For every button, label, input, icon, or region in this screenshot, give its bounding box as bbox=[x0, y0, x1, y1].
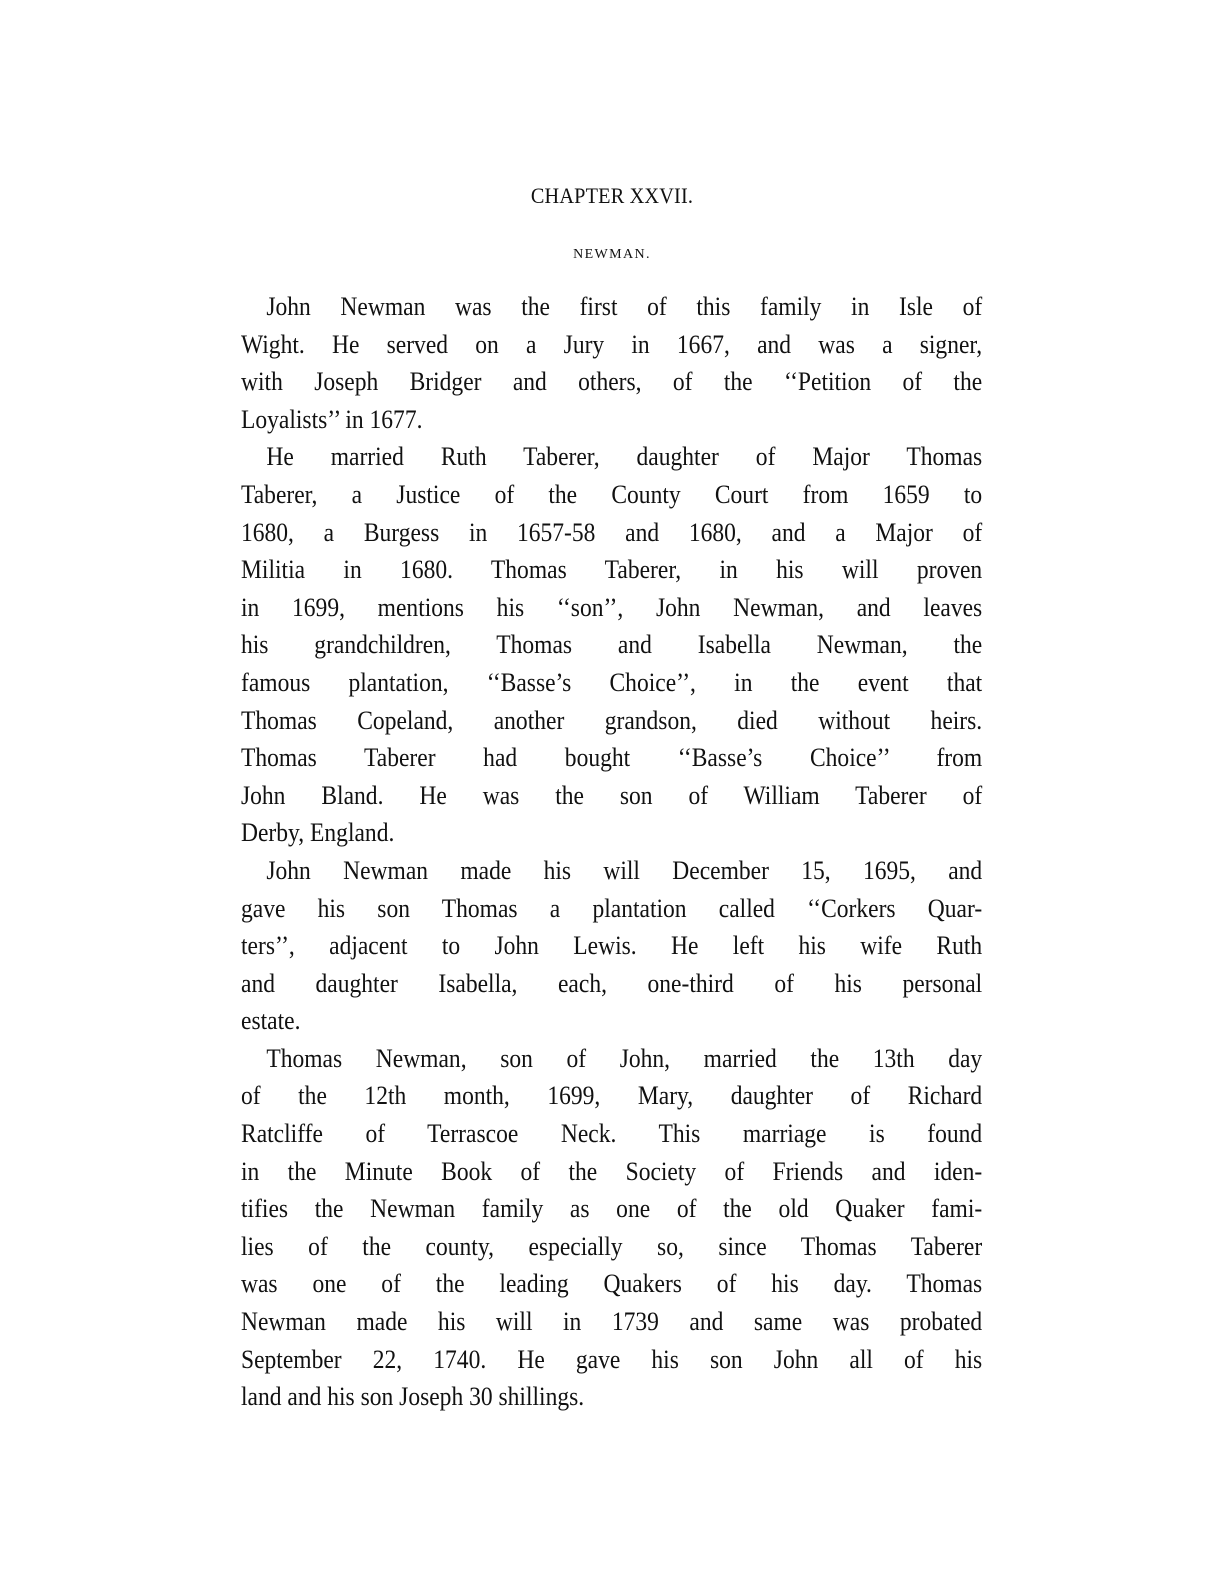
text-line: September 22, 1740. He gave his son John… bbox=[241, 1341, 982, 1379]
text-line: ters’’, adjacent to John Lewis. He left … bbox=[241, 927, 982, 965]
text-line: 1680, a Burgess in 1657-58 and 1680, and… bbox=[241, 514, 982, 552]
text-line: was one of the leading Quakers of his da… bbox=[241, 1265, 982, 1303]
text-line: and daughter Isabella, each, one-third o… bbox=[241, 965, 982, 1003]
text-line: estate. bbox=[241, 1002, 982, 1040]
chapter-title-text: CHAPTER XXVII. bbox=[531, 183, 693, 209]
text-line: his grandchildren, Thomas and Isabella N… bbox=[241, 626, 982, 664]
paragraph: John Newman made his will December 15, 1… bbox=[241, 852, 982, 1040]
text-line: John Bland. He was the son of William Ta… bbox=[241, 777, 982, 815]
paragraph: John Newman was the first of this family… bbox=[241, 288, 982, 438]
paragraph: He married Ruth Taberer, daughter of Maj… bbox=[241, 438, 982, 852]
text-line: with Joseph Bridger and others, of the ‘… bbox=[241, 363, 982, 401]
text-line: Newman made his will in 1739 and same wa… bbox=[241, 1303, 982, 1341]
chapter-body: John Newman was the first of this family… bbox=[241, 288, 982, 1416]
text-line: Thomas Taberer had bought ‘‘Basse’s Choi… bbox=[241, 739, 982, 777]
text-line: in 1699, mentions his ‘‘son’’, John Newm… bbox=[241, 589, 982, 627]
text-line: in the Minute Book of the Society of Fri… bbox=[241, 1153, 982, 1191]
text-line: Militia in 1680. Thomas Taberer, in his … bbox=[241, 551, 982, 589]
text-line: Loyalists’’ in 1677. bbox=[241, 401, 982, 439]
text-line: Thomas Copeland, another grandson, died … bbox=[241, 702, 982, 740]
chapter-title: CHAPTER XXVII. bbox=[49, 183, 1175, 209]
text-line: tifies the Newman family as one of the o… bbox=[241, 1190, 982, 1228]
section-title: NEWMAN. bbox=[0, 247, 1224, 263]
text-line: Ratcliffe of Terrascoe Neck. This marria… bbox=[241, 1115, 982, 1153]
text-line: John Newman made his will December 15, 1… bbox=[241, 852, 982, 890]
text-line: Thomas Newman, son of John, married the … bbox=[241, 1040, 982, 1078]
text-line: gave his son Thomas a plantation called … bbox=[241, 890, 982, 928]
text-line: of the 12th month, 1699, Mary, daughter … bbox=[241, 1077, 982, 1115]
text-line: John Newman was the first of this family… bbox=[241, 288, 982, 326]
text-line: Derby, England. bbox=[241, 814, 982, 852]
text-line: lies of the county, especially so, since… bbox=[241, 1228, 982, 1266]
text-line: famous plantation, ‘‘Basse’s Choice’’, i… bbox=[241, 664, 982, 702]
book-page: CHAPTER XXVII. NEWMAN. John Newman was t… bbox=[0, 0, 1224, 1584]
text-line: He married Ruth Taberer, daughter of Maj… bbox=[241, 438, 982, 476]
text-line: Taberer, a Justice of the County Court f… bbox=[241, 476, 982, 514]
paragraph: Thomas Newman, son of John, married the … bbox=[241, 1040, 982, 1416]
text-line: Wight. He served on a Jury in 1667, and … bbox=[241, 326, 982, 364]
text-line: land and his son Joseph 30 shillings. bbox=[241, 1378, 982, 1416]
